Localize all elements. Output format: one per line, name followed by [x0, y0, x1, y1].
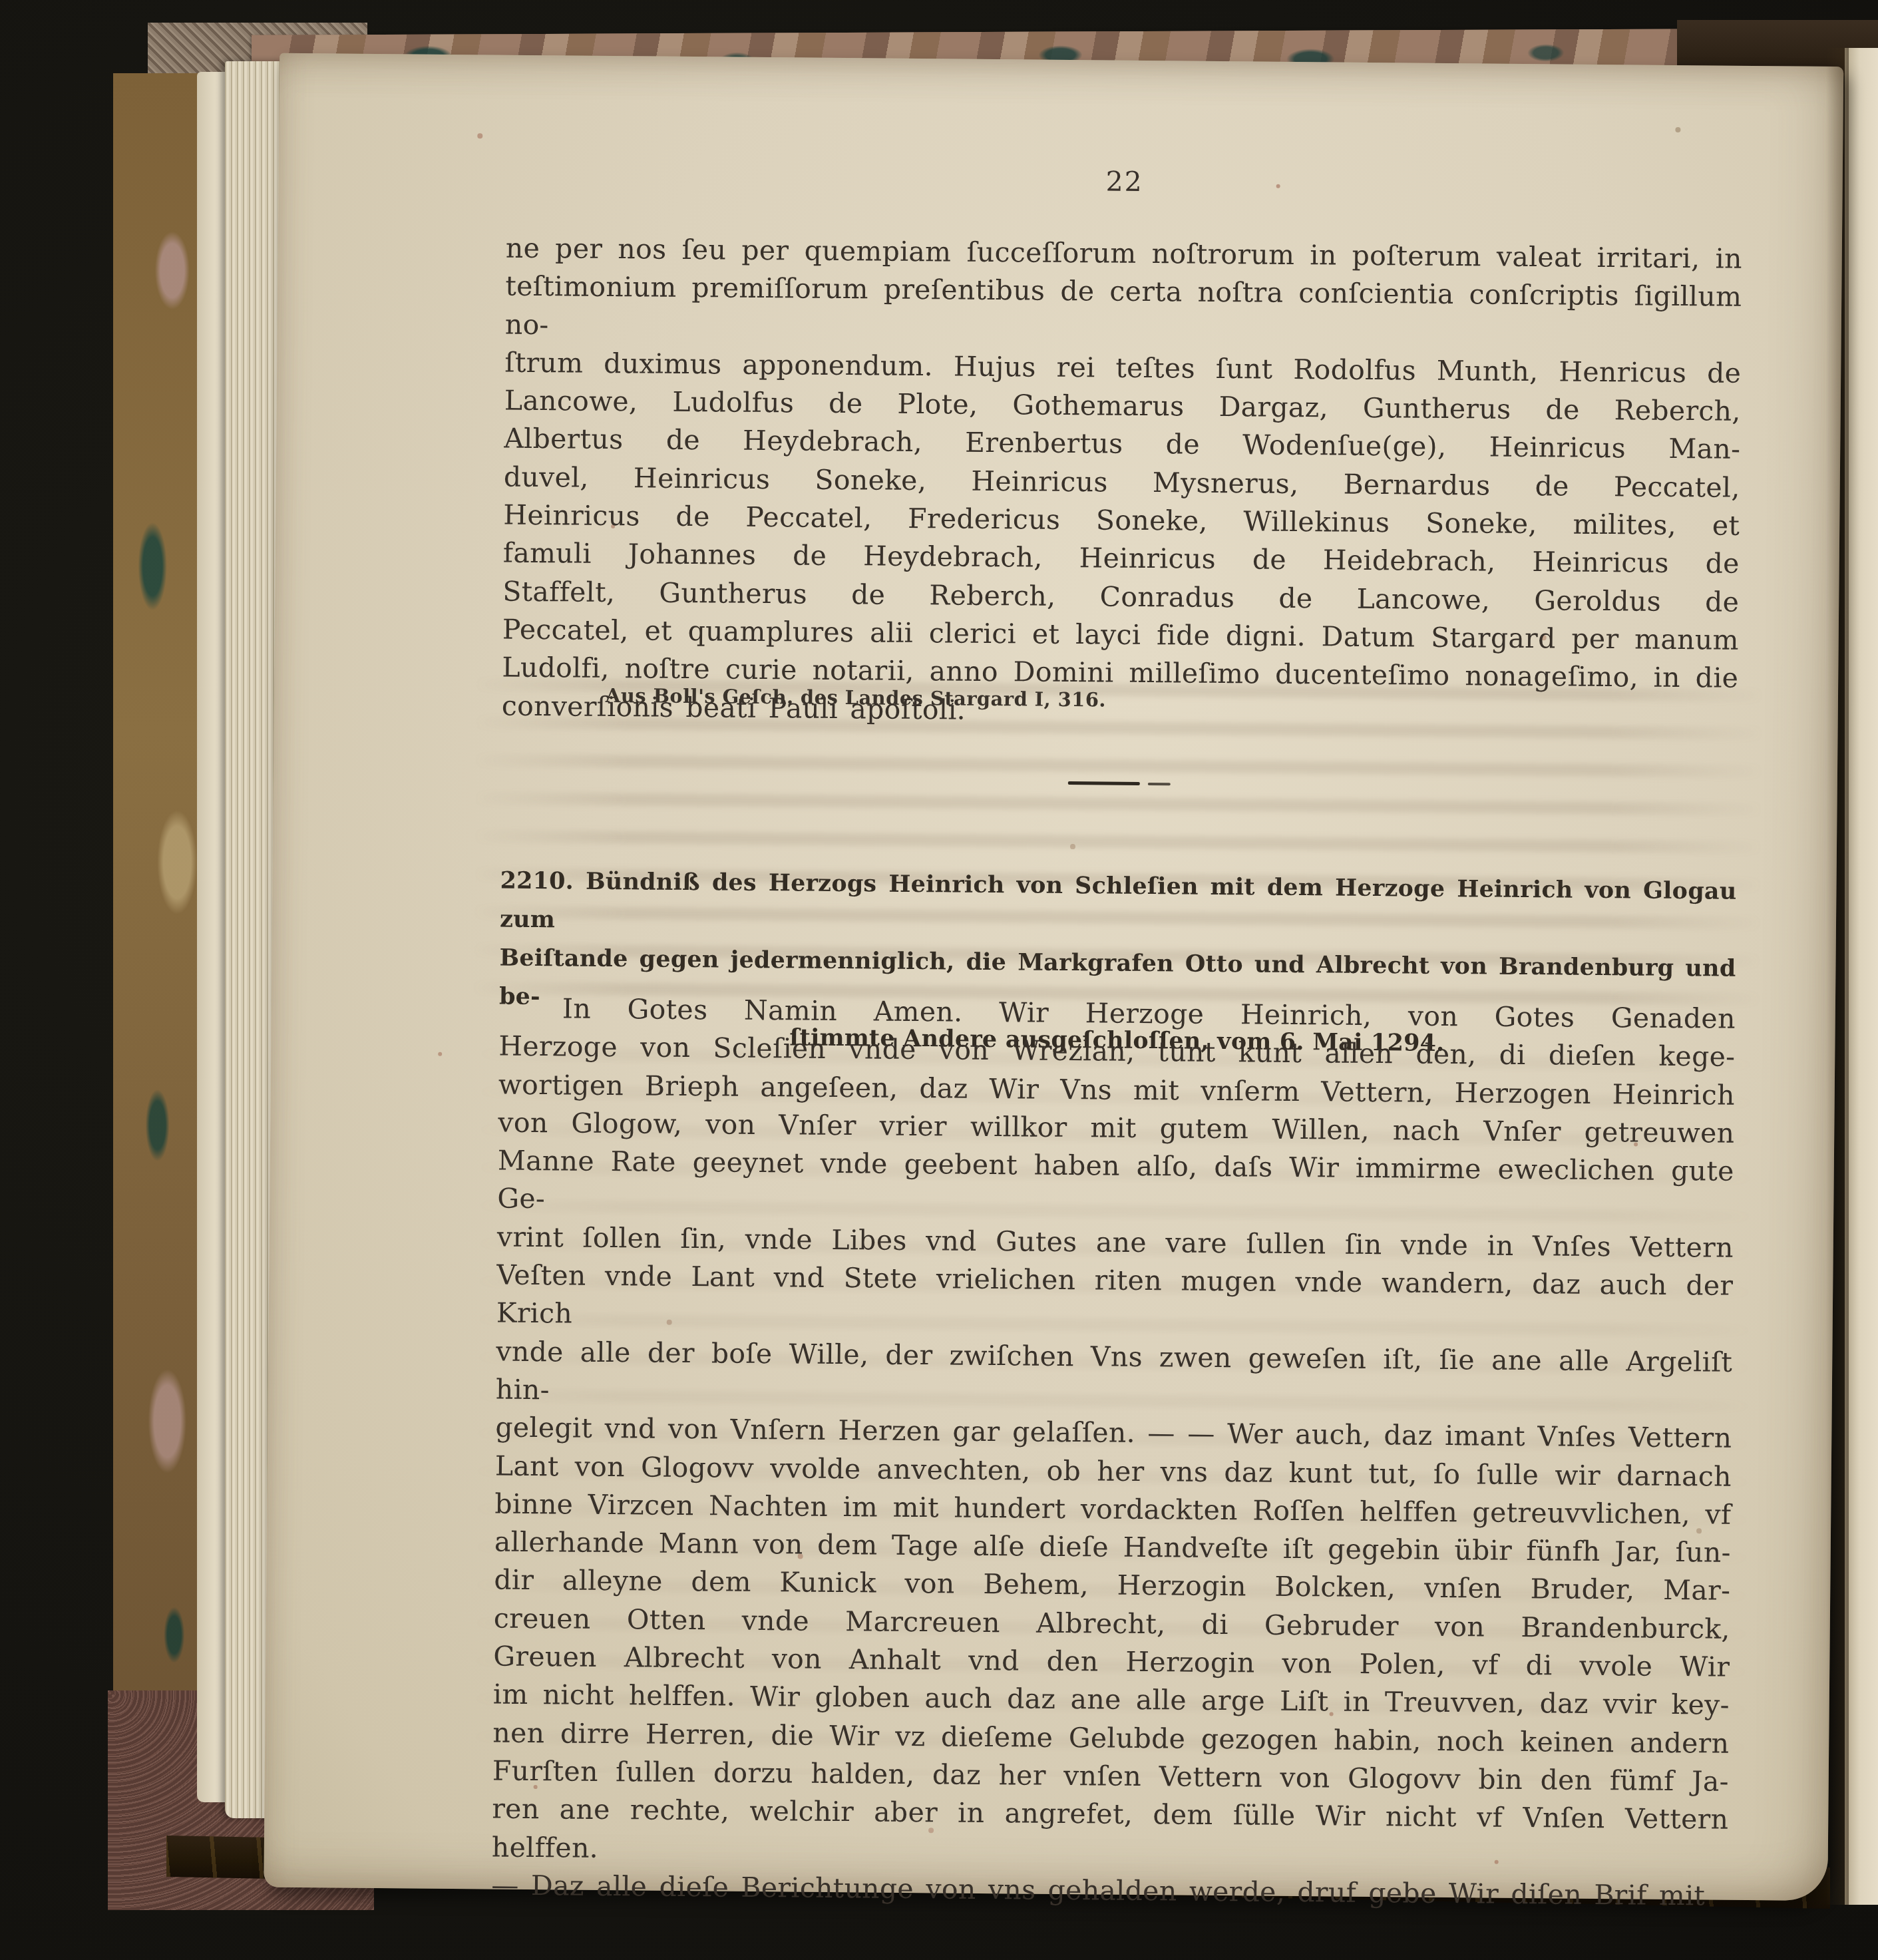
gutter-shadow	[1826, 48, 1849, 1905]
divider-dash-long	[1068, 781, 1140, 785]
section-divider	[501, 771, 1738, 787]
paper-specks	[280, 53, 282, 56]
latin-charter-paragraph: ne per nos ſeu per quempiam ſucceſſorum …	[502, 230, 1742, 736]
book-scan: 22 ne per nos ſeu per quempiam ſucceſſor…	[0, 0, 1878, 1960]
facing-page-sliver	[1845, 48, 1878, 1905]
page-number: 22	[506, 160, 1743, 203]
heading-line: 2210. Bündniß des Herzogs Heinrich von S…	[500, 862, 1737, 950]
german-charter-paragraph: In Gotes Namin Amen. Wir Herzoge Heinric…	[491, 990, 1736, 1915]
book-page: 22 ne per nos ſeu per quempiam ſucceſſor…	[264, 53, 1843, 1901]
divider-dash-short	[1148, 783, 1171, 785]
body-text-line: vnde alle der boſe Wille, der zwiſchen V…	[496, 1332, 1733, 1420]
body-text-line: ren ane rechte, welchir aber in angrefet…	[492, 1790, 1729, 1877]
source-citation: Aus Boll's Geſch. des Landes Stargard I,…	[606, 684, 1106, 711]
body-text-line: Manne Rate geeynet vnde geebent haben al…	[497, 1142, 1734, 1229]
latin-text-line: teſtimonium premiſſorum preſentibus de c…	[505, 268, 1742, 355]
body-text-line: Veſten vnde Lant vnd Stete vrielichen ri…	[496, 1257, 1734, 1344]
